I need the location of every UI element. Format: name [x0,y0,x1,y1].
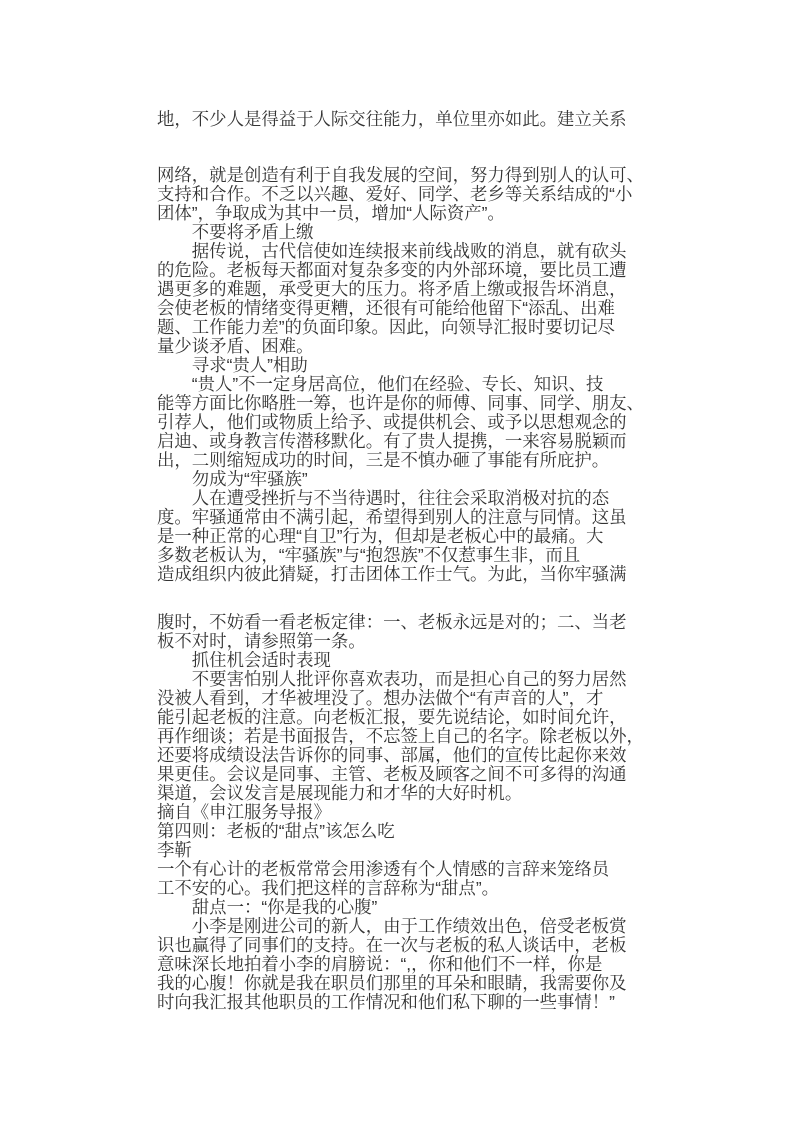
text-line: 的危险。老板每天都面对复杂多变的内外部环境，要比员工遭 [157,261,657,280]
text-line: 我的心腹！你就是我在职员们那里的耳朵和眼睛，我需要你及 [157,974,657,993]
text-line: 引荐人，他们或物质上给予、或提供机会、或予以思想观念的 [157,413,657,432]
text-line: 还要将成绩设法告诉你的同事、部属，他们的宣传比起你来效 [157,746,657,765]
lower-text-block: 腹时，不妨看一看老板定律：一、老板永远是对的；二、当老板不对时，请参照第一条。 … [157,613,657,1012]
text-line: 时向我汇报其他职员的工作情况和他们私下聊的一些事情！” [157,993,657,1012]
text-line: 抓住机会适时表现 [157,651,657,670]
text-line: 小李是刚进公司的新人，由于工作绩效出色，倍受老板赏 [157,917,657,936]
text-line: 摘自《申江服务导报》 [157,803,657,822]
text-line: 多数老板认为，“牢骚族”与“抱怨族”不仅惹事生非，而且 [157,546,657,565]
text-line: 工不安的心。我们把这样的言辞称为“甜点”。 [157,879,657,898]
text-line: 题、工作能力差”的负面印象。因此，向领导汇报时要切记尽 [157,318,657,337]
document-page: 地，不少人是得益于人际交往能力，单位里亦如此。建立关系 网络，就是创造有利于自我… [0,0,794,1122]
text-line: 网络，就是创造有利于自我发展的空间，努力得到别人的认可、 [157,166,657,185]
text-line: 团体”，争取成为其中一员，增加“人际资产”。 [157,204,657,223]
text-line: 启迪、或身教言传潜移默化。有了贵人提携，一来容易脱颖而 [157,432,657,451]
text-line: 会使老板的情绪变得更糟，还很有可能给他留下“添乱、出难 [157,299,657,318]
text-line: 度。牢骚通常由不满引起，希望得到别人的注意与同情。这虽 [157,508,657,527]
text-line: 人在遭受挫折与不当待遇时，往往会采取消极对抗的态 [157,489,657,508]
text-line: 意味深长地拍着小李的肩膀说：“,，你和他们不一样，你是 [157,955,657,974]
text-line: 没被人看到，才华被埋没了。想办法做个“有声音的人”，才 [157,689,657,708]
text-line: 出，二则缩短成功的时间，三是不慎办砸了事能有所庇护。 [157,451,657,470]
text-line: 一个有心计的老板常常会用渗透有个人情感的言辞来笼络员 [157,860,657,879]
text-line: 遇更多的难题，承受更大的压力。将矛盾上缴或报告坏消息， [157,280,657,299]
text-line: 再作细谈；若是书面报告，不忘签上自己的名字。除老板以外， [157,727,657,746]
text-line: 果更佳。会议是同事、主管、老板及顾客之间不可多得的沟通 [157,765,657,784]
text-line: 据传说，古代信使如连续报来前线战败的消息，就有砍头 [157,242,657,261]
text-line: 第四则：老板的“甜点”该怎么吃 [157,822,657,841]
text-line: 李靳 [157,841,657,860]
text-line: 甜点一：“你是我的心腹” [157,898,657,917]
upper-text-block: 网络，就是创造有利于自我发展的空间，努力得到别人的认可、支持和合作。不乏以兴趣、… [157,166,657,584]
text-line: 不要将矛盾上缴 [157,223,657,242]
text-line: 腹时，不妨看一看老板定律：一、老板永远是对的；二、当老 [157,613,657,632]
carryover-top-line-block: 地，不少人是得益于人际交往能力，单位里亦如此。建立关系 [157,110,657,129]
text-line: 能引起老板的注意。向老板汇报，要先说结论，如时间允许， [157,708,657,727]
text-line: 是一种正常的心理“自卫”行为，但却是老板心中的最痛。大 [157,527,657,546]
text-line: 板不对时，请参照第一条。 [157,632,657,651]
text-line: 地，不少人是得益于人际交往能力，单位里亦如此。建立关系 [157,110,657,129]
text-line: 量少谈矛盾、困难。 [157,337,657,356]
text-line: 勿成为“牢骚族” [157,470,657,489]
text-line: 渠道，会议发言是展现能力和才华的大好时机。 [157,784,657,803]
text-line: “贵人”不一定身居高位，他们在经验、专长、知识、技 [157,375,657,394]
text-line: 能等方面比你略胜一筹，也许是你的师傅、同事、同学、朋友、 [157,394,657,413]
text-line: 支持和合作。不乏以兴趣、爱好、同学、老乡等关系结成的“小 [157,185,657,204]
text-line: 造成组织内彼此猜疑，打击团体工作士气。为此，当你牢骚满 [157,565,657,584]
text-line: 不要害怕别人批评你喜欢表功，而是担心自己的努力居然 [157,670,657,689]
text-line: 识也赢得了同事们的支持。在一次与老板的私人谈话中，老板 [157,936,657,955]
text-line: 寻求“贵人”相助 [157,356,657,375]
